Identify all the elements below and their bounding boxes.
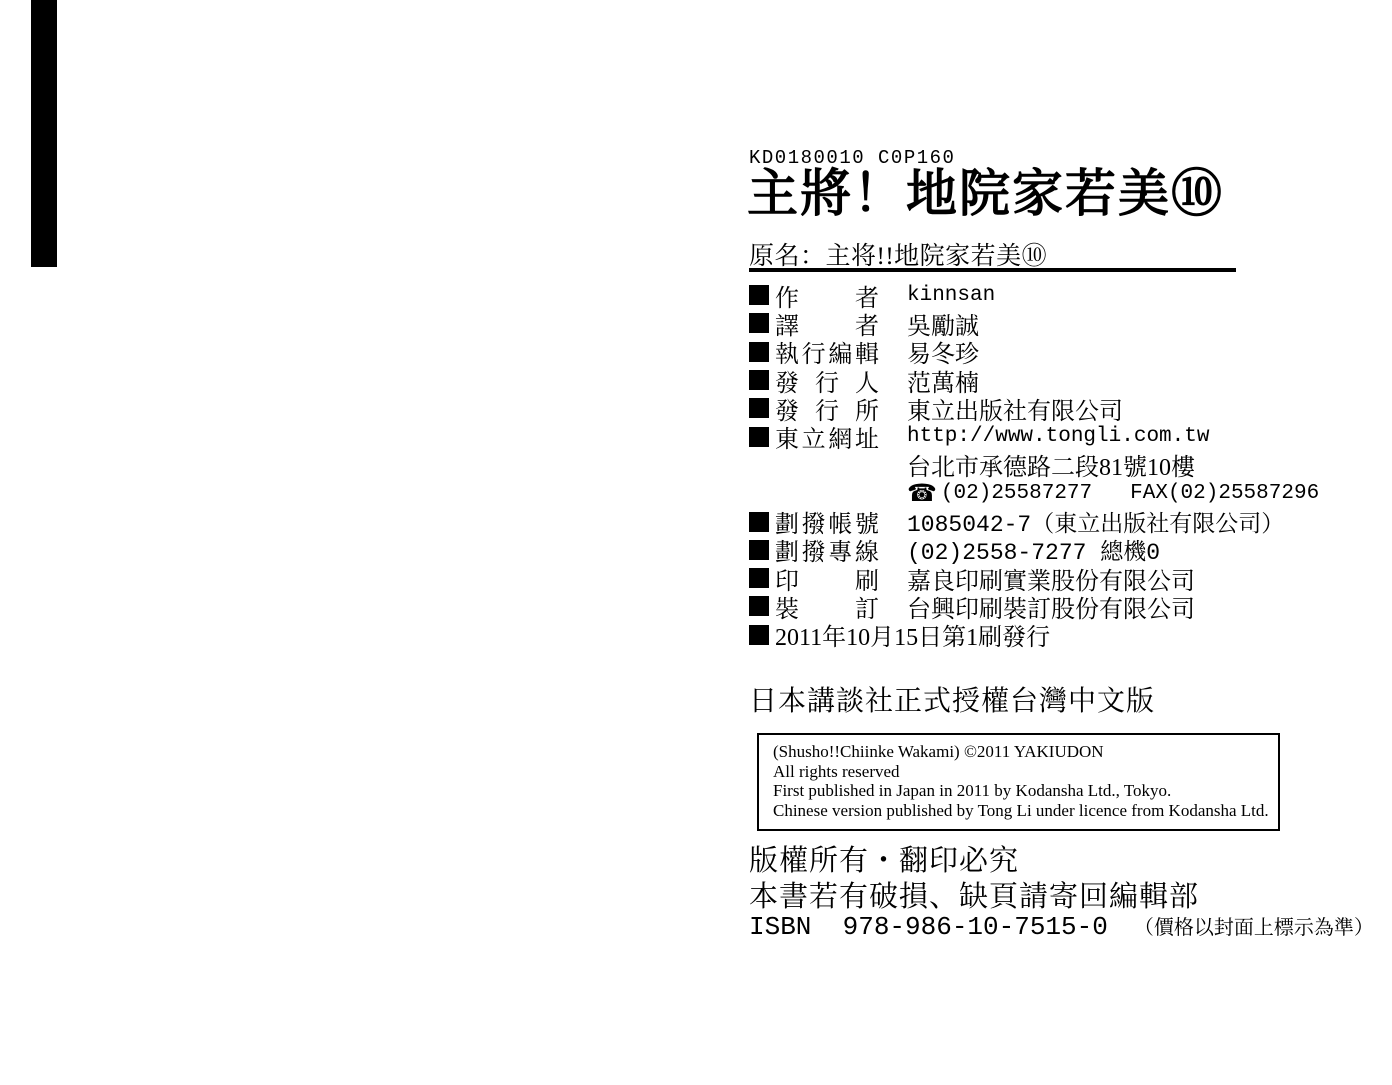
authorization-statement: 日本講談社正式授權台灣中文版 [749,679,1155,719]
damaged-copy-notice: 本書若有破損、缺頁請寄回編輯部 [749,874,1199,915]
fax-number: FAX(02)25587296 [1130,482,1319,505]
price-note: （價格以封面上標示為準） [1134,911,1374,940]
english-copyright-box: (Shusho!!Chiinke Wakami) ©2011 YAKIUDON … [757,733,1280,831]
original-title: 原名：主将!!地院家若美⑩ [749,236,1047,272]
credits-list: 作者 kinnsan 譯者 吳勵誠 執行編輯 易冬珍 發行人 范萬楠 發行所 東… [749,281,1319,649]
bullet-square-icon [749,625,769,645]
copyright-line-3: First published in Japan in 2011 by Koda… [773,781,1278,801]
website-url: http://www.tongli.com.tw [907,425,1209,448]
publisher-address: 台北市承德路二段81號10樓 [907,447,1195,482]
telephone-icon: ☎ [907,479,937,508]
isbn-number: ISBN 978-986-10-7515-0 [749,912,1108,942]
credit-row-print-date: 2011年10月15日第1刷發行 [749,621,1319,649]
print-date: 2011年10月15日第1刷發行 [775,617,1050,652]
bullet-square-icon [749,313,769,333]
bullet-square-icon [749,512,769,532]
credit-value: kinnsan [907,284,995,307]
credit-label: 東立網址 [775,419,879,454]
book-title: 主將！地院家若美⑩ [747,166,1224,225]
bullet-square-icon [749,596,769,616]
credit-value: 東立出版社有限公司 [907,391,1123,426]
bullet-square-icon [749,285,769,305]
isbn-row: ISBN 978-986-10-7515-0 （價格以封面上標示為準） [749,911,1374,942]
title-divider-rule [749,268,1236,272]
copyright-line-2: All rights reserved [773,762,1278,782]
phone-number: (02)25587277 [941,482,1092,505]
bullet-square-icon [749,568,769,588]
copyright-line-1: (Shusho!!Chiinke Wakami) ©2011 YAKIUDON [773,742,1278,762]
bullet-square-icon [749,398,769,418]
bullet-square-icon [749,370,769,390]
bullet-square-icon [749,427,769,447]
bullet-square-icon [749,342,769,362]
bullet-square-icon [749,540,769,560]
credit-row-address: 台北市承德路二段81號10樓 [749,451,1319,479]
all-rights-reserved-line: 版權所有・翻印必究 [749,838,1019,879]
copyright-line-4: Chinese version published by Tong Li und… [773,801,1278,821]
spine-shadow-bar [31,0,57,267]
